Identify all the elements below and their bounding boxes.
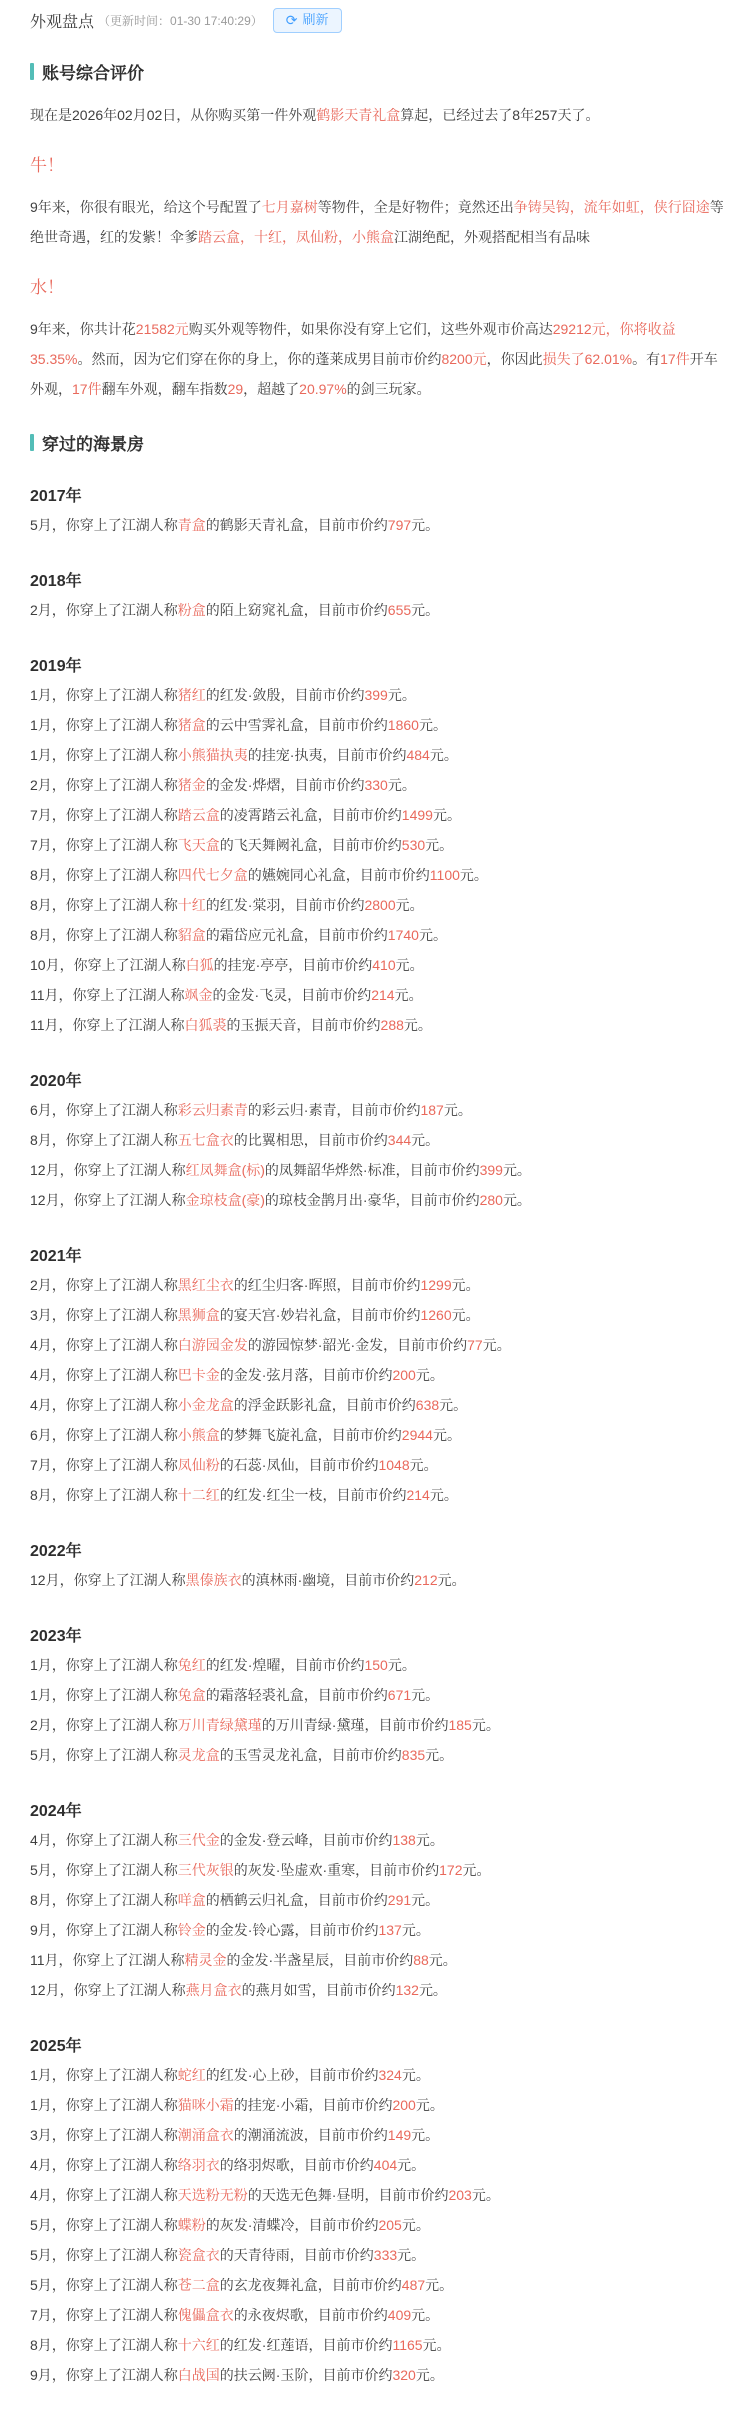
item-price: 409 [388, 2307, 411, 2323]
plain-text: ，你穿上了江湖人称 [52, 1397, 178, 1413]
item-name: 红尘归客·晖照 [248, 1277, 337, 1293]
plain-text: ，目前市价约 [290, 2157, 374, 2173]
item-nickname: 潮涌盒衣 [178, 2127, 234, 2143]
plain-text: 元。 [419, 1982, 447, 1998]
item-nickname: 飒金 [185, 987, 213, 1003]
item-nickname: 铃金 [178, 1922, 206, 1938]
year-heading: 2023年 [30, 1623, 728, 1646]
item-name: 游园惊梦·韶光·金发 [262, 1337, 383, 1353]
plain-text: 9月 [30, 2367, 52, 2383]
plain-text: 元。 [462, 1862, 490, 1878]
item-name: 凤舞韶华烨然·标准 [279, 1162, 396, 1178]
plain-text: 元。 [395, 987, 423, 1003]
plain-text: 。然而，因为它们穿在你的身上，你的蓬莱成男目前市价约 [77, 351, 441, 367]
plain-text: 元。 [460, 867, 488, 883]
plain-text: ，目前市价约 [304, 517, 388, 533]
plain-text: 的剑三玩家。 [347, 381, 431, 397]
history-item: 6月，你穿上了江湖人称小熊盒的梦舞飞旋礼盒，目前市价约2944元。 [30, 1420, 728, 1450]
item-price: 200 [392, 2097, 415, 2113]
plain-text: 元。 [444, 1102, 472, 1118]
plain-text: 1月 [30, 2067, 52, 2083]
plain-text: ，你穿上了江湖人称 [52, 517, 178, 533]
plain-text: ，目前市价约 [322, 1487, 406, 1503]
year-heading: 2018年 [30, 568, 728, 591]
plain-text: 7月 [30, 837, 52, 853]
item-nickname: 貂盒 [178, 927, 206, 943]
plain-text: ，你穿上了江湖人称 [59, 987, 185, 1003]
history-item: 2月，你穿上了江湖人称黑红尘衣的红尘归客·晖照，目前市价约1299元。 [30, 1270, 728, 1300]
plain-text: ，你穿上了江湖人称 [52, 1102, 178, 1118]
item-nickname: 苍二盒 [178, 2277, 220, 2293]
plain-text: ，目前市价约 [294, 1457, 378, 1473]
plain-text: ，你穿上了江湖人称 [52, 2277, 178, 2293]
item-nickname: 蛇红 [178, 2067, 206, 2083]
plain-text: ，目前市价约 [318, 807, 402, 823]
plain-text: 8月 [30, 1892, 52, 1908]
plain-text: ，目前市价约 [294, 2067, 378, 2083]
item-name: 金发·烨熠 [220, 777, 281, 793]
item-name: 凌霄踏云礼盒 [234, 807, 318, 823]
item-nickname: 四代七夕盒 [178, 867, 248, 883]
history-item: 5月，你穿上了江湖人称蝶粉的灰发·清蝶冷，目前市价约205元。 [30, 2210, 728, 2240]
plain-text: 的 [206, 687, 220, 703]
item-nickname: 络羽衣 [178, 2157, 220, 2173]
plain-text: 6月 [30, 1102, 52, 1118]
plain-text: 2月 [30, 1277, 52, 1293]
item-nickname: 白狐裘 [185, 1017, 227, 1033]
plain-text: ，目前市价约 [383, 1337, 467, 1353]
plain-text: 元。 [438, 1572, 466, 1588]
plain-text: ，超越了 [243, 381, 299, 397]
section-title-evaluation-label: 账号综合评价 [42, 59, 144, 84]
plain-text: 的 [220, 1747, 234, 1763]
plain-text: ，你穿上了江湖人称 [52, 1922, 178, 1938]
item-price: 835 [402, 1747, 425, 1763]
item-name: 宴天宫·妙岩礼盒 [234, 1307, 337, 1323]
plain-text: ，你穿上了江湖人称 [52, 1367, 178, 1383]
item-nickname: 白战国 [178, 2367, 220, 2383]
plain-text: ，你穿上了江湖人称 [52, 1427, 178, 1443]
plain-text: 的 [242, 1572, 256, 1588]
year-heading: 2024年 [30, 1798, 728, 1821]
plain-text: ，你穿上了江湖人称 [52, 747, 178, 763]
plain-text: ，你穿上了江湖人称 [52, 2097, 178, 2113]
plain-text: 的 [234, 2097, 248, 2113]
item-price: 172 [439, 1862, 462, 1878]
plain-text: 的 [206, 2217, 220, 2233]
item-nickname: 瓷盒衣 [178, 2247, 220, 2263]
plain-text: ，目前市价约 [322, 747, 406, 763]
plain-text: ，你穿上了江湖人称 [60, 1192, 186, 1208]
history-item: 9月，你穿上了江湖人称铃金的金发·铃心露，目前市价约137元。 [30, 1915, 728, 1945]
plain-text: 10月 [30, 957, 60, 973]
plain-text: 9月 [30, 1922, 52, 1938]
item-price: 137 [378, 1922, 401, 1938]
item-price: 655 [388, 602, 411, 618]
item-nickname: 青盒 [178, 517, 206, 533]
item-nickname: 傀儡盒衣 [178, 2307, 234, 2323]
history-item: 5月，你穿上了江湖人称灵龙盒的玉雪灵龙礼盒，目前市价约835元。 [30, 1740, 728, 1770]
history-item: 2月，你穿上了江湖人称猪金的金发·烨熠，目前市价约330元。 [30, 770, 728, 800]
plain-text: 元。 [416, 2367, 444, 2383]
item-price: 203 [448, 2187, 471, 2203]
item-name: 栖鹤云归礼盒 [220, 1892, 304, 1908]
plain-text: 5月 [30, 1747, 52, 1763]
item-nickname: 凤仙粉 [178, 1457, 220, 1473]
history-item: 8月，你穿上了江湖人称貂盒的霜岱应元礼盒，目前市价约1740元。 [30, 920, 728, 950]
refresh-button[interactable]: ⟳ 刷新 [273, 8, 342, 33]
plain-text: 元。 [483, 1337, 511, 1353]
history-item: 5月，你穿上了江湖人称三代灰银的灰发·坠虚欢·重寒，目前市价约172元。 [30, 1855, 728, 1885]
history-item: 3月，你穿上了江湖人称黑狮盒的宴天宫·妙岩礼盒，目前市价约1260元。 [30, 1300, 728, 1330]
plain-text: ，你因此 [487, 351, 543, 367]
plain-text: ，你穿上了江湖人称 [52, 807, 178, 823]
plain-text: 元。 [419, 927, 447, 943]
history-item: 8月，你穿上了江湖人称十二红的红发·红尘一枝，目前市价约214元。 [30, 1480, 728, 1510]
item-price: 200 [392, 1367, 415, 1383]
section-accent-bar [30, 63, 34, 80]
history-item: 7月，你穿上了江湖人称飞天盒的飞天舞阙礼盒，目前市价约530元。 [30, 830, 728, 860]
item-name: 天选无色舞·昼明 [262, 2187, 365, 2203]
plain-text: 元。 [411, 602, 439, 618]
plain-text: ，目前市价约 [304, 602, 388, 618]
history-item: 1月，你穿上了江湖人称小熊猫执夷的挂宠·执夷，目前市价约484元。 [30, 740, 728, 770]
item-price: 1740 [388, 927, 419, 943]
plain-text: 4月 [30, 2187, 52, 2203]
item-name: 挂宠·小霜 [248, 2097, 309, 2113]
plain-text: ，目前市价约 [355, 1862, 439, 1878]
plain-text: 的 [206, 1922, 220, 1938]
plain-text: 11月 [30, 1952, 59, 1968]
item-nickname: 兔红 [178, 1657, 206, 1673]
plain-text: 元。 [410, 1457, 438, 1473]
history-item: 5月，你穿上了江湖人称苍二盒的玄龙夜舞礼盒，目前市价约487元。 [30, 2270, 728, 2300]
history-item: 8月，你穿上了江湖人称十六红的红发·红莲语，目前市价约1165元。 [30, 2330, 728, 2360]
plain-text: 购买外观等物件，如果你没有穿上它们，这些外观市价高达 [189, 321, 553, 337]
plain-text: 4月 [30, 1397, 52, 1413]
plain-text: ，目前市价约 [330, 1572, 414, 1588]
plain-text: ，目前市价约 [336, 1102, 420, 1118]
plain-text: 4月 [30, 2157, 52, 2173]
item-price: 138 [392, 1832, 415, 1848]
history-list: 2017年5月，你穿上了江湖人称青盒的鹤影天青礼盒，目前市价约797元。2018… [30, 483, 728, 2390]
item-price: 671 [388, 1687, 411, 1703]
item-name: 浮金跃影礼盒 [248, 1397, 332, 1413]
plain-text: 的 [220, 1487, 234, 1503]
highlight-text: 踏云盒，十红，凤仙粉，小熊盒 [198, 229, 394, 245]
year-heading: 2020年 [30, 1068, 728, 1091]
item-nickname: 踏云盒 [178, 807, 220, 823]
plain-text: 的 [220, 837, 234, 853]
plain-text: 元。 [404, 1017, 432, 1033]
plain-text: 12月 [30, 1162, 60, 1178]
item-name: 玉雪灵龙礼盒 [234, 1747, 318, 1763]
item-name: 天青待雨 [234, 2247, 290, 2263]
item-price: 324 [378, 2067, 401, 2083]
plain-text: 元。 [472, 1717, 500, 1733]
plain-text: ，目前市价约 [280, 687, 364, 703]
highlight-text: 损失了62.01% [543, 351, 632, 367]
plain-text: 8月 [30, 1132, 52, 1148]
plain-text: 现在是2026年02月02日，从你购买第一件外观 [30, 107, 316, 123]
item-price: 404 [374, 2157, 397, 2173]
highlight-text: 争铸吴钩，流年如虹，侠行囧途 [514, 199, 710, 215]
item-price: 638 [416, 1397, 439, 1413]
plain-text: 元。 [430, 747, 458, 763]
highlight-text: 29 [228, 381, 244, 397]
plain-text: ，目前市价约 [318, 2277, 402, 2293]
plain-text: 元。 [439, 1397, 467, 1413]
plain-text: ，目前市价约 [396, 1192, 480, 1208]
history-item: 1月，你穿上了江湖人称兔红的红发·煌曜，目前市价约150元。 [30, 1650, 728, 1680]
plain-text: 的 [220, 2277, 234, 2293]
plain-text: ，目前市价约 [396, 1162, 480, 1178]
plain-text: 的 [234, 2127, 248, 2143]
plain-text: ，你穿上了江湖人称 [52, 1657, 178, 1673]
plain-text: 11月 [30, 987, 59, 1003]
plain-text: ，目前市价约 [308, 1832, 392, 1848]
item-name: 比翼相思 [248, 1132, 304, 1148]
plain-text: 元。 [416, 1367, 444, 1383]
plain-text: ，你穿上了江湖人称 [52, 897, 178, 913]
plain-text: 12月 [30, 1572, 60, 1588]
item-nickname: 燕月盒衣 [186, 1982, 242, 1998]
plain-text: 元。 [416, 2097, 444, 2113]
item-nickname: 十二红 [178, 1487, 220, 1503]
history-item: 1月，你穿上了江湖人称兔盒的霜落轻裘礼盒，目前市价约671元。 [30, 1680, 728, 1710]
evaluation-intro-paragraph: 现在是2026年02月02日，从你购买第一件外观鹤影天青礼盒算起，已经过去了8年… [30, 100, 728, 130]
plain-text: 的 [248, 1102, 262, 1118]
plain-text: 元。 [452, 1307, 480, 1323]
plain-text: 8月 [30, 927, 52, 943]
plain-text: 元。 [411, 2127, 439, 2143]
item-nickname: 蝶粉 [178, 2217, 206, 2233]
history-item: 1月，你穿上了江湖人称猫咪小霜的挂宠·小霜，目前市价约200元。 [30, 2090, 728, 2120]
plain-text: 的 [227, 1017, 241, 1033]
item-name: 陌上窈窕礼盒 [220, 602, 304, 618]
item-nickname: 猪盒 [178, 717, 206, 733]
page-header: 外观盘点 （更新时间：01-30 17:40:29） ⟳ 刷新 [30, 8, 728, 33]
plain-text: 5月 [30, 2277, 52, 2293]
plain-text: 元。 [397, 2247, 425, 2263]
section-title-evaluation: 账号综合评价 [30, 59, 728, 84]
plain-text: ，你穿上了江湖人称 [52, 867, 178, 883]
highlight-text: 21582元 [136, 321, 189, 337]
item-price: 88 [413, 1952, 429, 1968]
plain-text: 的 [206, 1892, 220, 1908]
plain-text: 算起，已经过去了8年257天了。 [400, 107, 599, 123]
plain-text: ，你穿上了江湖人称 [52, 1747, 178, 1763]
plain-text: ，目前市价约 [332, 1397, 416, 1413]
item-name: 琼枝金鹊月出·豪华 [279, 1192, 396, 1208]
section-title-history: 穿过的海景房 [30, 430, 728, 455]
plain-text: 元。 [411, 1132, 439, 1148]
plain-text: 的 [220, 1427, 234, 1443]
item-name: 永夜烬歌 [248, 2307, 304, 2323]
plain-text: ，目前市价约 [364, 1717, 448, 1733]
plain-text: 的 [248, 1337, 262, 1353]
plain-text: ，你穿上了江湖人称 [59, 1952, 185, 1968]
highlight-text: 鹤影天青礼盒 [316, 107, 400, 123]
plain-text: ，你穿上了江湖人称 [52, 1487, 178, 1503]
item-price: 214 [406, 1487, 429, 1503]
section-title-history-label: 穿过的海景房 [42, 430, 144, 455]
item-name: 红发·红莲语 [234, 2337, 309, 2353]
plain-text: ，目前市价约 [288, 957, 372, 973]
plain-text: ，你穿上了江湖人称 [52, 1132, 178, 1148]
plain-text: 的 [248, 867, 262, 883]
item-name: 潮涌流波 [248, 2127, 304, 2143]
plain-text: 元。 [411, 1892, 439, 1908]
item-price: 1048 [378, 1457, 409, 1473]
plain-text: 元。 [411, 2307, 439, 2323]
item-price: 484 [406, 747, 429, 763]
item-name: 万川青绿·黛瑾 [276, 1717, 365, 1733]
item-price: 410 [372, 957, 395, 973]
plain-text: ，你穿上了江湖人称 [52, 1892, 178, 1908]
item-price: 1299 [420, 1277, 451, 1293]
plain-text: 的 [206, 777, 220, 793]
plain-text: ，目前市价约 [304, 1132, 388, 1148]
plain-text: ，你穿上了江湖人称 [52, 1832, 178, 1848]
plain-text: ，你穿上了江湖人称 [52, 2367, 178, 2383]
item-nickname: 小熊盒 [178, 1427, 220, 1443]
plain-text: ，目前市价约 [294, 1922, 378, 1938]
history-item: 1月，你穿上了江湖人称猪盒的云中雪霁礼盒，目前市价约1860元。 [30, 710, 728, 740]
item-nickname: 猪红 [178, 687, 206, 703]
item-name: 云中雪霁礼盒 [220, 717, 304, 733]
plain-text: 的 [206, 602, 220, 618]
plain-text: 元。 [402, 1922, 430, 1938]
plain-text: 的 [220, 1367, 234, 1383]
item-name: 挂宠·执夷 [262, 747, 323, 763]
plain-text: ，你穿上了江湖人称 [52, 2217, 178, 2233]
plain-text: 2月 [30, 777, 52, 793]
item-price: 487 [402, 2277, 425, 2293]
history-item: 2月，你穿上了江湖人称粉盒的陌上窈窕礼盒，目前市价约655元。 [30, 595, 728, 625]
plain-text: ，你穿上了江湖人称 [52, 1687, 178, 1703]
plain-text: 的 [206, 927, 220, 943]
plain-text: 的 [206, 2067, 220, 2083]
plain-text: 5月 [30, 517, 52, 533]
item-price: 212 [414, 1572, 437, 1588]
item-name: 红发·心上砂 [220, 2067, 295, 2083]
plain-text: 元。 [419, 717, 447, 733]
item-nickname: 白游园金发 [178, 1337, 248, 1353]
plain-text: 元。 [388, 687, 416, 703]
item-nickname: 小金龙盒 [178, 1397, 234, 1413]
plain-text: 的 [220, 1832, 234, 1848]
plain-text: ，你穿上了江湖人称 [52, 687, 178, 703]
plain-text: 的 [220, 2367, 234, 2383]
plain-text: 等物件，全是好物件；竟然还出 [318, 199, 514, 215]
update-time: （更新时间：01-30 17:40:29） [98, 12, 263, 29]
plain-text: ，目前市价约 [336, 1307, 420, 1323]
item-nickname: 小熊猫执夷 [178, 747, 248, 763]
plain-text: ，你穿上了江湖人称 [52, 777, 178, 793]
plain-text: ，你穿上了江湖人称 [52, 2337, 178, 2353]
plain-text: ，你穿上了江湖人称 [52, 2187, 178, 2203]
item-nickname: 红凤舞盒(标) [186, 1162, 265, 1178]
plain-text: 的 [206, 1657, 220, 1673]
plain-text: ，你穿上了江湖人称 [52, 2067, 178, 2083]
item-name: 玄龙夜舞礼盒 [234, 2277, 318, 2293]
plain-text: 1月 [30, 717, 52, 733]
item-nickname: 灵龙盒 [178, 1747, 220, 1763]
item-price: 399 [364, 687, 387, 703]
item-name: 彩云归·素青 [262, 1102, 337, 1118]
plain-text: ，你穿上了江湖人称 [59, 1017, 185, 1033]
plain-text: 4月 [30, 1337, 52, 1353]
highlight-text: 20.97% [299, 381, 346, 397]
plain-text: 的 [206, 517, 220, 533]
plain-text: 3月 [30, 1307, 52, 1323]
plain-text: ，你穿上了江湖人称 [52, 1717, 178, 1733]
item-price: 330 [364, 777, 387, 793]
bad-paragraph: 9年来，你共计花21582元购买外观等物件，如果你没有穿上它们，这些外观市价高达… [30, 314, 728, 404]
plain-text: 元。 [425, 837, 453, 853]
item-price: 1100 [430, 867, 460, 883]
plain-text: 12月 [30, 1192, 60, 1208]
plain-text: 7月 [30, 1457, 52, 1473]
item-name: 玉振天音 [241, 1017, 297, 1033]
plain-text: 8月 [30, 1487, 52, 1503]
plain-text: 的 [220, 2157, 234, 2173]
item-name: 挂宠·亭亭 [228, 957, 289, 973]
item-nickname: 五七盒衣 [178, 1132, 234, 1148]
plain-text: 元。 [416, 1832, 444, 1848]
plain-text: 元。 [396, 957, 424, 973]
history-item: 7月，你穿上了江湖人称凤仙粉的石蕊·凤仙，目前市价约1048元。 [30, 1450, 728, 1480]
plain-text: 8月 [30, 867, 52, 883]
history-item: 11月，你穿上了江湖人称白狐裘的玉振天音，目前市价约288元。 [30, 1010, 728, 1040]
highlight-text: 17件 [660, 351, 690, 367]
plain-text: 2月 [30, 1717, 52, 1733]
plain-text: 的 [220, 1307, 234, 1323]
plain-text: 2月 [30, 602, 52, 618]
plain-text: 。有 [632, 351, 660, 367]
item-nickname: 粉盒 [178, 602, 206, 618]
plain-text: ，你穿上了江湖人称 [52, 2247, 178, 2263]
year-heading: 2017年 [30, 483, 728, 506]
plain-text: 的 [220, 1457, 234, 1473]
plain-text: 元。 [402, 2067, 430, 2083]
year-heading: 2019年 [30, 653, 728, 676]
plain-text: ，你穿上了江湖人称 [52, 1337, 178, 1353]
plain-text: 1月 [30, 687, 52, 703]
item-name: 扶云阙·玉阶 [234, 2367, 309, 2383]
item-price: 187 [420, 1102, 443, 1118]
item-name: 滇林雨·幽境 [256, 1572, 331, 1588]
good-heading: 牛！ [30, 156, 728, 176]
item-nickname: 猪金 [178, 777, 206, 793]
item-name: 红发·敛殷 [220, 687, 281, 703]
plain-text: ，目前市价约 [318, 1747, 402, 1763]
refresh-icon: ⟳ [286, 13, 298, 27]
history-item: 4月，你穿上了江湖人称巴卡金的金发·弦月落，目前市价约200元。 [30, 1360, 728, 1390]
history-item: 8月，你穿上了江湖人称五七盒衣的比翼相思，目前市价约344元。 [30, 1125, 728, 1155]
plain-text: 元。 [411, 1687, 439, 1703]
plain-text: 9年来，你很有眼光，给这个号配置了 [30, 199, 262, 215]
plain-text: 元。 [396, 897, 424, 913]
item-price: 320 [392, 2367, 415, 2383]
plain-text: 元。 [433, 807, 461, 823]
item-price: 2944 [402, 1427, 433, 1443]
plain-text: ，你穿上了江湖人称 [52, 1277, 178, 1293]
plain-text: 的 [234, 2307, 248, 2323]
item-name: 金发·飞灵 [227, 987, 288, 1003]
plain-text: ，你穿上了江湖人称 [60, 957, 186, 973]
